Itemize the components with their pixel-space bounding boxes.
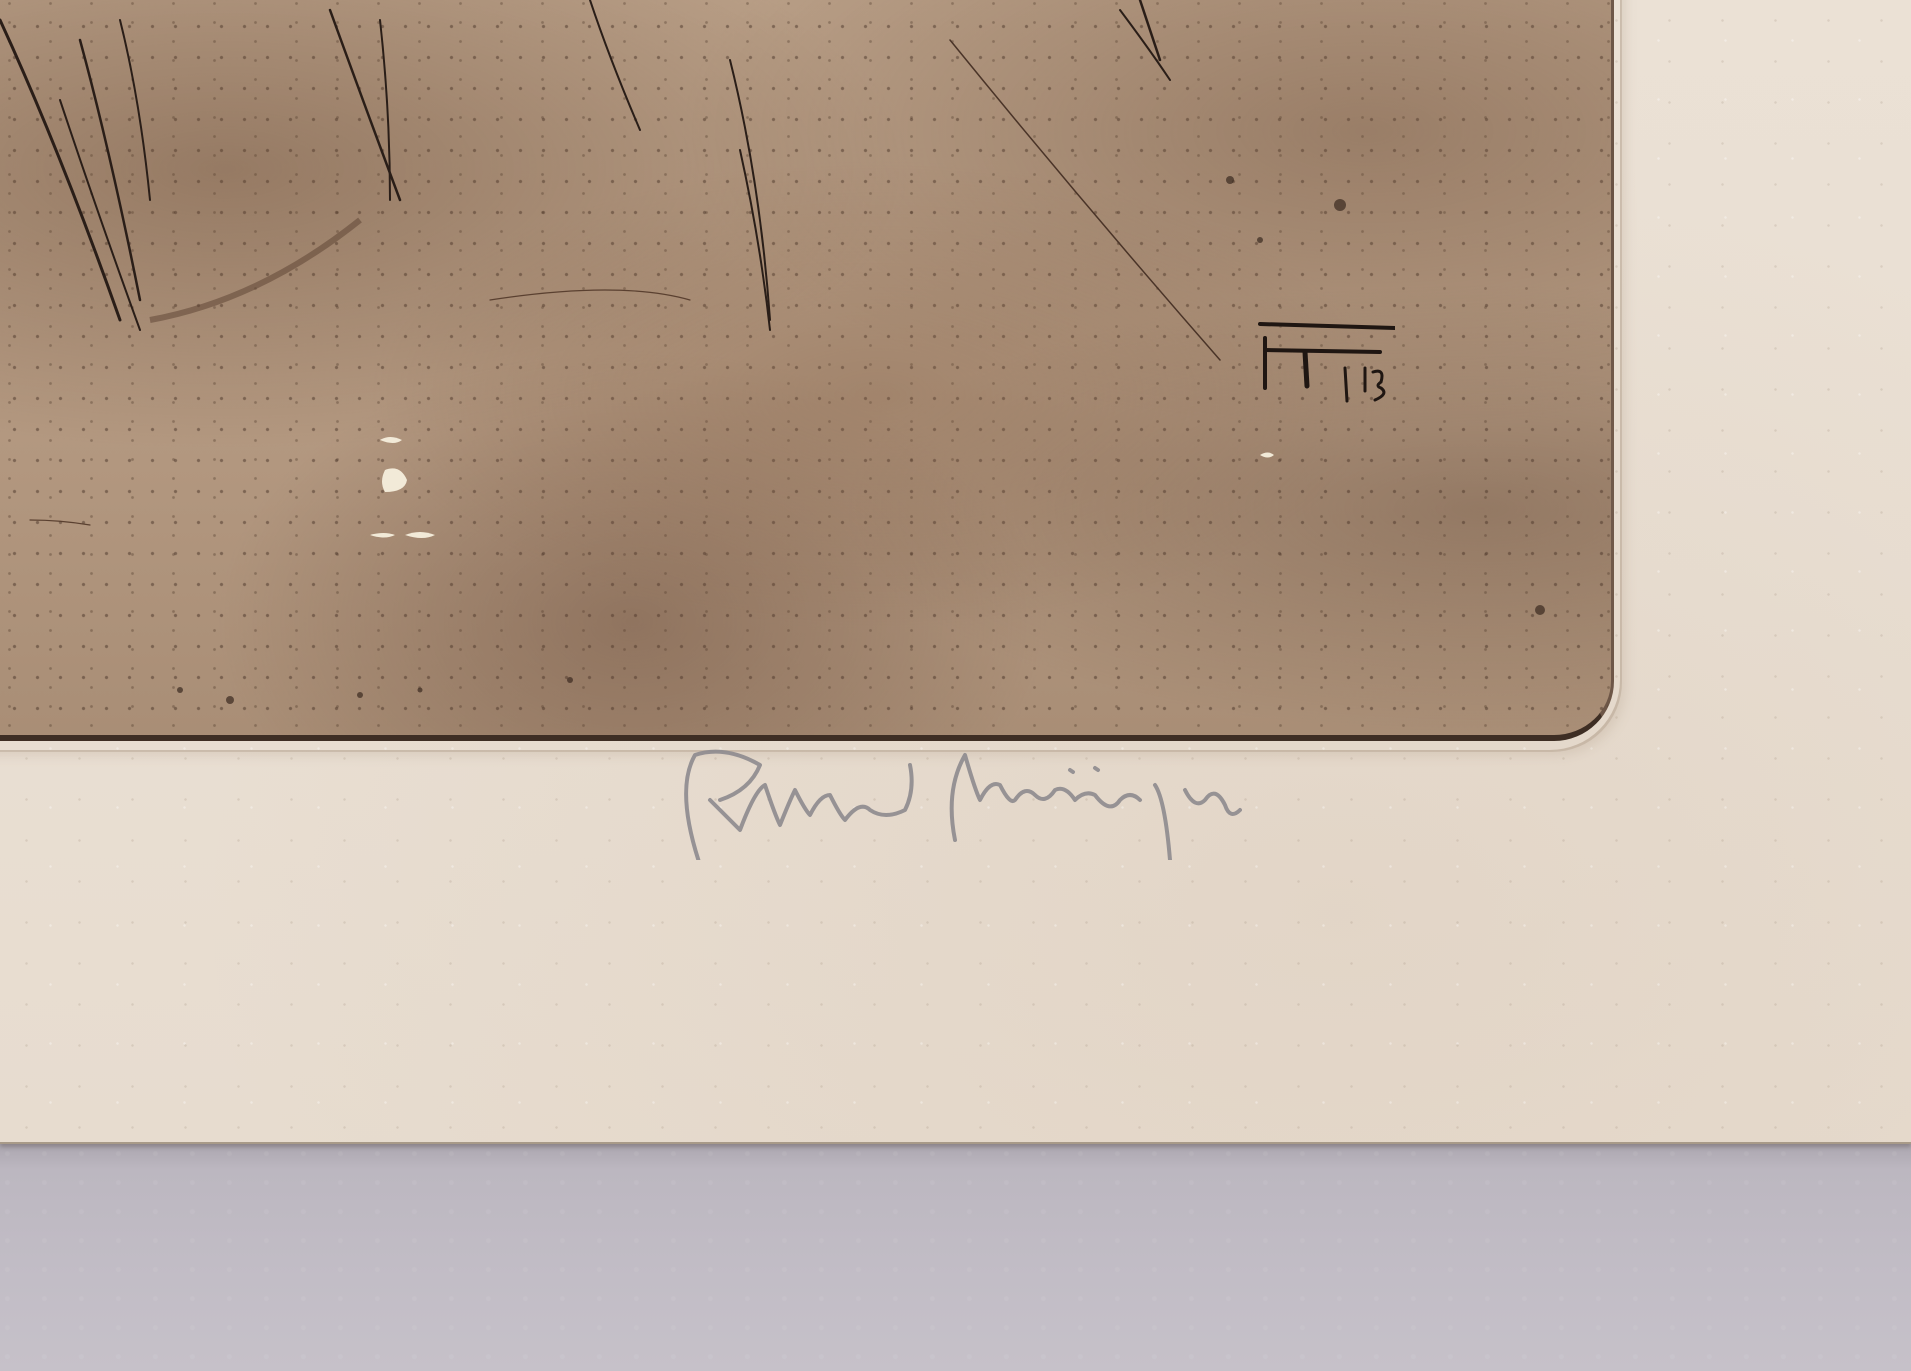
artist-monogram <box>1255 316 1395 406</box>
print-paper: Reinhard Steininger HT 13 <box>0 0 1911 1144</box>
pencil-signature <box>665 730 1465 860</box>
backdrop-surface <box>0 1142 1911 1371</box>
